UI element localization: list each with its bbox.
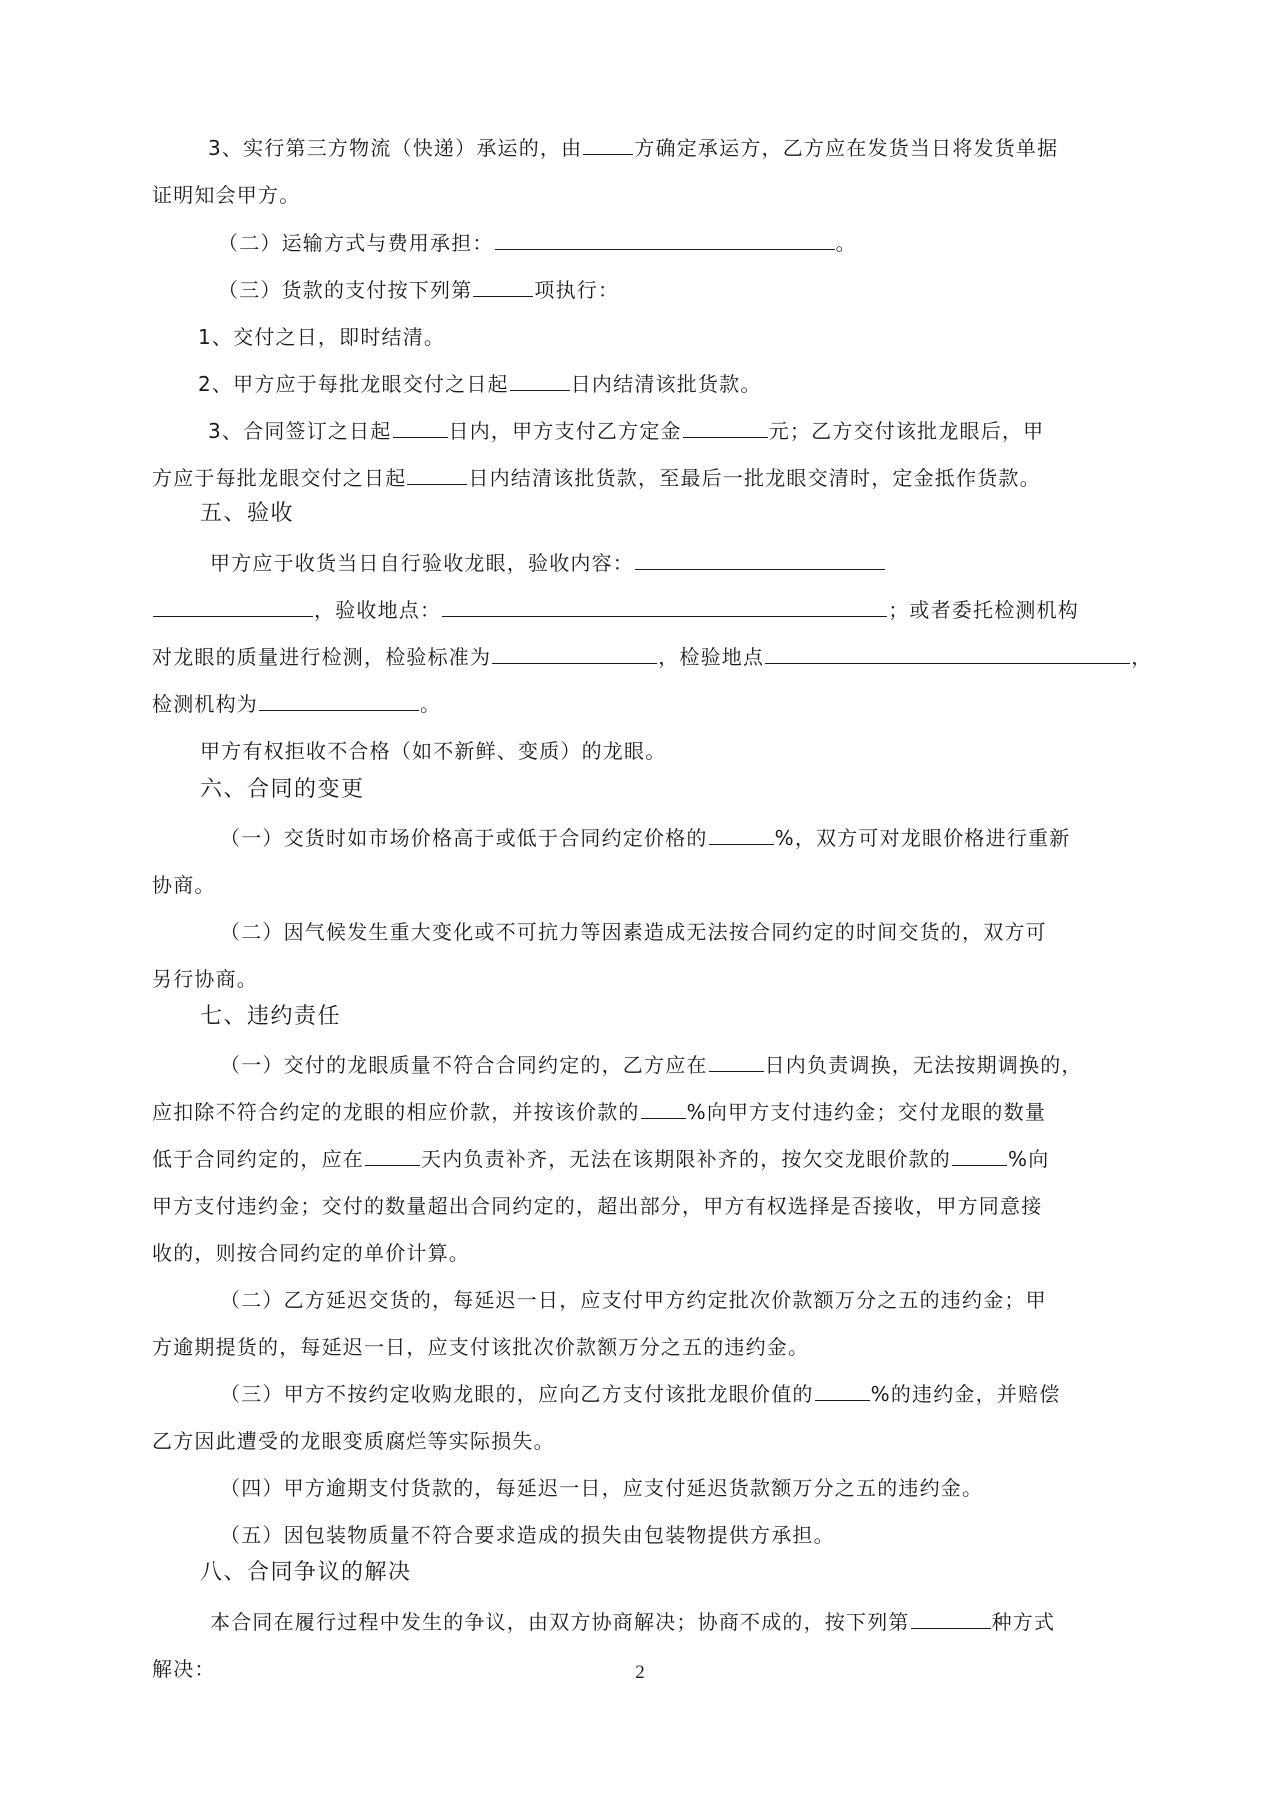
text-segment: %，双方可对龙眼价格进行重新 <box>775 826 1071 850</box>
text-line: 应扣除不符合约定的龙眼的相应价款，并按该价款的%向甲方支付违约金；交付龙眼的数量 <box>152 1098 1046 1126</box>
text-line: 1、交付之日，即时结清。 <box>198 323 445 351</box>
text-segment: （五）因包装物质量不符合要求造成的损失由包装物提供方承担。 <box>220 1523 835 1547</box>
text-segment: 甲方有权拒收不合格（如不新鲜、变质）的龙眼。 <box>200 739 666 763</box>
text-line: 对龙眼的质量进行检测，检验标准为，检验地点， <box>152 643 1152 671</box>
section-heading: 五、验收 <box>200 500 294 528</box>
text-line: 检测机构为。 <box>152 690 441 718</box>
text-segment: 。 <box>420 692 441 716</box>
text-segment: %向 <box>1008 1147 1049 1171</box>
text-line: （四）甲方逾期支付货款的，每延迟一日，应支付延迟货款额万分之五的违约金。 <box>220 1474 983 1502</box>
text-segment: %向甲方支付违约金；交付龙眼的数量 <box>687 1100 1046 1124</box>
fill-in-blank[interactable] <box>495 229 835 250</box>
text-line: （二）因气候发生重大变化或不可抗力等因素造成无法按合同约定的时间交货的，双方可 <box>220 918 1047 946</box>
text-segment: 七、违约责任 <box>200 1004 341 1029</box>
text-line: 方逾期提货的，每延迟一日，应支付该批次价款额万分之五的违约金。 <box>152 1333 809 1361</box>
fill-in-blank[interactable] <box>473 276 533 297</box>
text-segment: 五、验收 <box>200 501 294 526</box>
text-line: 2、甲方应于每批龙眼交付之日起日内结清该批货款。 <box>198 370 762 398</box>
fill-in-blank[interactable] <box>510 370 570 391</box>
text-segment: 3、实行第三方物流（快递）承运的，由 <box>208 136 582 160</box>
text-segment: 天内负责补齐，无法在该期限补齐的，按欠交龙眼价款的 <box>421 1147 951 1171</box>
text-segment: （三）甲方不按约定收购龙眼的，应向乙方支付该批龙眼价值的 <box>220 1382 814 1406</box>
text-line: 甲方支付违约金；交付的数量超出合同约定的，超出部分，甲方有权选择是否接收，甲方同… <box>152 1192 1042 1220</box>
text-segment: 本合同在履行过程中发生的争议，由双方协商解决；协商不成的，按下列第 <box>210 1610 910 1634</box>
text-line: 乙方因此遭受的龙眼变质腐烂等实际损失。 <box>152 1427 555 1455</box>
text-segment: 甲方应于收货当日自行验收龙眼，验收内容： <box>210 551 634 575</box>
text-segment: 证明知会甲方。 <box>152 183 300 207</box>
text-line: 甲方应于收货当日自行验收龙眼，验收内容： <box>210 549 886 577</box>
text-segment: 方确定承运方，乙方应在发货当日将发货单据 <box>634 136 1058 160</box>
text-segment: 元；乙方交付该批龙眼后，甲 <box>769 419 1045 443</box>
text-segment: 方应于每批龙眼交付之日起 <box>152 466 406 490</box>
text-segment: 。 <box>836 231 857 255</box>
text-segment: 日内结清该批货款。 <box>571 372 762 396</box>
text-line: 方应于每批龙眼交付之日起日内结清该批货款，至最后一批龙眼交清时，定金抵作货款。 <box>152 464 1041 492</box>
text-segment: 协商。 <box>152 873 216 897</box>
text-segment: 乙方因此遭受的龙眼变质腐烂等实际损失。 <box>152 1429 555 1453</box>
text-segment: %的违约金，并赔偿 <box>871 1382 1061 1406</box>
text-line: （三）货款的支付按下列第项执行： <box>218 276 619 304</box>
section-heading: 七、违约责任 <box>200 1003 341 1031</box>
text-segment: 种方式 <box>992 1610 1056 1634</box>
text-segment: 另行协商。 <box>152 967 258 991</box>
fill-in-blank[interactable] <box>492 643 657 664</box>
text-segment: ；或者委托检测机构 <box>888 598 1079 622</box>
text-segment: 3、合同签订之日起 <box>208 419 392 443</box>
fill-in-blank[interactable] <box>641 1098 686 1119</box>
text-segment: 收的，则按合同约定的单价计算。 <box>152 1241 470 1265</box>
text-line: （一）交货时如市场价格高于或低于合同约定价格的%，双方可对龙眼价格进行重新 <box>220 824 1070 852</box>
fill-in-blank[interactable] <box>709 824 774 845</box>
text-line: （三）甲方不按约定收购龙眼的，应向乙方支付该批龙眼价值的%的违约金，并赔偿 <box>220 1380 1060 1408</box>
text-segment: （三）货款的支付按下列第 <box>218 278 472 302</box>
page-number: 2 <box>0 1662 1280 1684</box>
text-segment: ，验收地点： <box>314 598 441 622</box>
fill-in-blank[interactable] <box>259 690 419 711</box>
text-segment: 检测机构为 <box>152 692 258 716</box>
text-segment: 八、合同争议的解决 <box>200 1560 412 1585</box>
text-line: 本合同在履行过程中发生的争议，由双方协商解决；协商不成的，按下列第种方式 <box>210 1608 1055 1636</box>
text-segment: 1、交付之日，即时结清。 <box>198 325 445 349</box>
fill-in-blank[interactable] <box>765 643 1130 664</box>
fill-in-blank[interactable] <box>407 464 467 485</box>
fill-in-blank[interactable] <box>815 1380 870 1401</box>
text-line: 低于合同约定的，应在天内负责补齐，无法在该期限补齐的，按欠交龙眼价款的%向 <box>152 1145 1049 1173</box>
text-segment: ， <box>1131 645 1152 669</box>
text-segment: （二）因气候发生重大变化或不可抗力等因素造成无法按合同约定的时间交货的，双方可 <box>220 920 1047 944</box>
text-line: （二）乙方延迟交货的，每延迟一日，应支付甲方约定批次价款额万分之五的违约金；甲 <box>220 1286 1047 1314</box>
text-segment: 日内，甲方支付乙方定金 <box>449 419 682 443</box>
text-segment: 甲方支付违约金；交付的数量超出合同约定的，超出部分，甲方有权选择是否接收，甲方同… <box>152 1194 1042 1218</box>
fill-in-blank[interactable] <box>393 417 448 438</box>
text-segment: 低于合同约定的，应在 <box>152 1147 364 1171</box>
text-segment: （四）甲方逾期支付货款的，每延迟一日，应支付延迟货款额万分之五的违约金。 <box>220 1476 983 1500</box>
text-line: 证明知会甲方。 <box>152 181 300 209</box>
text-segment: 对龙眼的质量进行检测，检验标准为 <box>152 645 491 669</box>
text-line: 3、合同签订之日起日内，甲方支付乙方定金元；乙方交付该批龙眼后，甲 <box>208 417 1044 445</box>
fill-in-blank[interactable] <box>583 134 633 155</box>
fill-in-blank[interactable] <box>442 596 887 617</box>
text-line: 甲方有权拒收不合格（如不新鲜、变质）的龙眼。 <box>200 737 666 765</box>
text-segment: （一）交付的龙眼质量不符合合同约定的，乙方应在 <box>220 1053 708 1077</box>
text-segment: 2、甲方应于每批龙眼交付之日起 <box>198 372 509 396</box>
text-line: 3、实行第三方物流（快递）承运的，由方确定承运方，乙方应在发货当日将发货单据 <box>208 134 1058 162</box>
text-line: （五）因包装物质量不符合要求造成的损失由包装物提供方承担。 <box>220 1521 835 1549</box>
text-segment: 日内负责调换，无法按期调换的， <box>765 1053 1083 1077</box>
text-line: 收的，则按合同约定的单价计算。 <box>152 1239 470 1267</box>
text-segment: 日内结清该批货款，至最后一批龙眼交清时，定金抵作货款。 <box>468 466 1040 490</box>
text-segment: 项执行： <box>534 278 619 302</box>
text-segment: 应扣除不符合约定的龙眼的相应价款，并按该价款的 <box>152 1100 640 1124</box>
text-segment: 六、合同的变更 <box>200 777 365 802</box>
text-segment: （二）乙方延迟交货的，每延迟一日，应支付甲方约定批次价款额万分之五的违约金；甲 <box>220 1288 1047 1312</box>
text-segment: ，检验地点 <box>658 645 764 669</box>
text-segment: 方逾期提货的，每延迟一日，应支付该批次价款额万分之五的违约金。 <box>152 1335 809 1359</box>
text-line: （一）交付的龙眼质量不符合合同约定的，乙方应在日内负责调换，无法按期调换的， <box>220 1051 1083 1079</box>
fill-in-blank[interactable] <box>911 1608 991 1629</box>
document-page: 3、实行第三方物流（快递）承运的，由方确定承运方，乙方应在发货当日将发货单据证明… <box>0 0 1280 1810</box>
text-line: 协商。 <box>152 871 216 899</box>
fill-in-blank[interactable] <box>952 1145 1007 1166</box>
text-line: 另行协商。 <box>152 965 258 993</box>
fill-in-blank[interactable] <box>365 1145 420 1166</box>
fill-in-blank[interactable] <box>635 549 885 570</box>
fill-in-blank[interactable] <box>683 417 768 438</box>
text-segment: （二）运输方式与费用承担： <box>218 231 494 255</box>
text-line: ，验收地点：；或者委托检测机构 <box>152 596 1079 624</box>
section-heading: 八、合同争议的解决 <box>200 1559 412 1587</box>
section-heading: 六、合同的变更 <box>200 776 365 804</box>
text-segment: （一）交货时如市场价格高于或低于合同约定价格的 <box>220 826 708 850</box>
fill-in-blank[interactable] <box>153 596 313 617</box>
fill-in-blank[interactable] <box>709 1051 764 1072</box>
text-line: （二）运输方式与费用承担：。 <box>218 229 857 257</box>
